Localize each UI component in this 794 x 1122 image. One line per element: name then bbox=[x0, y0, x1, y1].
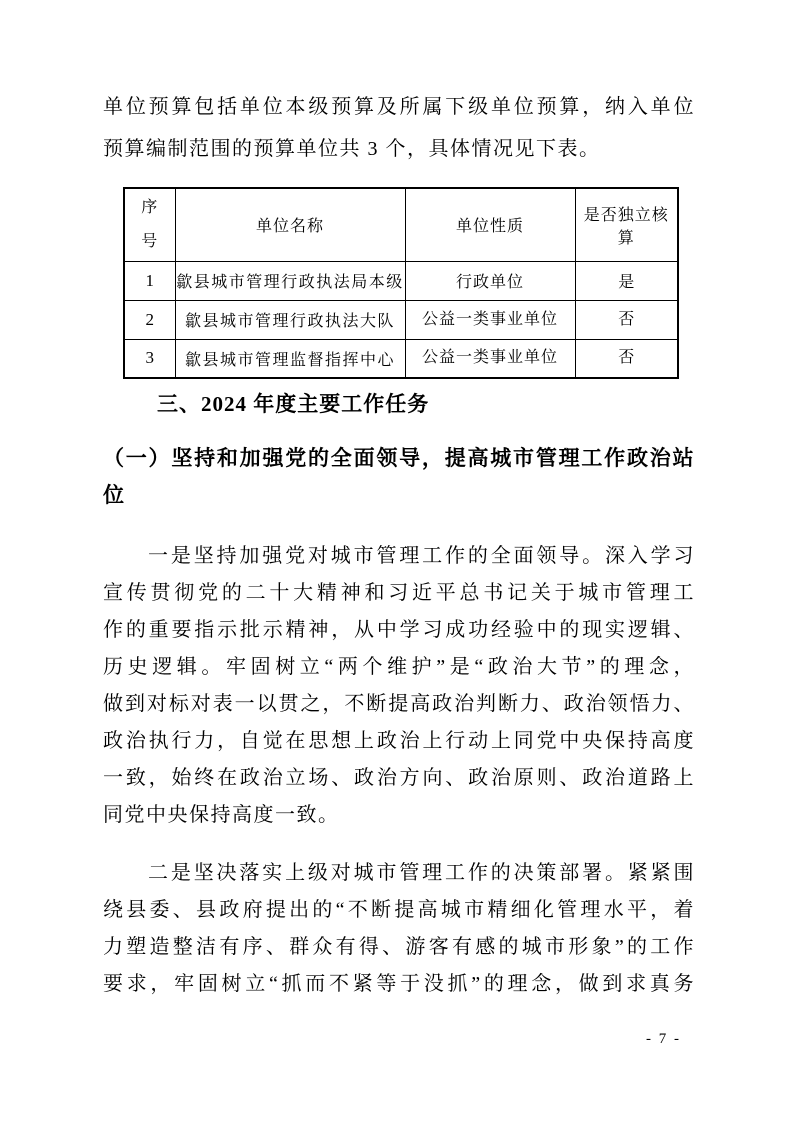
table-cell: 否 bbox=[575, 300, 678, 339]
text-line: 政治执行力，自觉在思想上政治上行动上同党中央保持高度 bbox=[103, 723, 695, 760]
table-cell: 2 bbox=[124, 300, 175, 339]
table-cell: 是 bbox=[575, 261, 678, 300]
text-line: 位 bbox=[103, 477, 695, 514]
text-line: 单位预算包括单位本级预算及所属下级单位预算，纳入单位 bbox=[103, 86, 695, 128]
table-row: 2歙县城市管理行政执法大队公益一类事业单位否 bbox=[124, 300, 678, 339]
body-paragraph-1: 一是坚持加强党对城市管理工作的全面领导。深入学习宣传贯彻党的二十大精神和习近平总… bbox=[103, 538, 695, 834]
column-header: 单位名称 bbox=[175, 188, 405, 261]
text-line: 同党中央保持高度一致。 bbox=[103, 797, 695, 834]
table-cell: 歙县城市管理行政执法大队 bbox=[175, 300, 405, 339]
text-line: 做到对标对表一以贯之，不断提高政治判断力、政治领悟力、 bbox=[103, 686, 695, 723]
text-line: 作的重要指示批示精神，从中学习成功经验中的现实逻辑、 bbox=[103, 612, 695, 649]
text-line: 绕县委、县政府提出的“不断提高城市精细化管理水平，着 bbox=[103, 892, 695, 929]
text-line: 二是坚决落实上级对城市管理工作的决策部署。紧紧围 bbox=[103, 855, 695, 892]
text-line: 预算编制范围的预算单位共 3 个，具体情况见下表。 bbox=[103, 128, 695, 170]
section-heading: 三、2024 年度主要工作任务 bbox=[103, 387, 695, 421]
text-line: （一）坚持和加强党的全面领导，提高城市管理工作政治站 bbox=[103, 440, 695, 477]
document-page: 单位预算包括单位本级预算及所属下级单位预算，纳入单位预算编制范围的预算单位共 3… bbox=[0, 0, 794, 1122]
text-line: 历史逻辑。牢固树立“两个维护”是“政治大节”的理念， bbox=[103, 649, 695, 686]
text-line: 一致，始终在政治立场、政治方向、政治原则、政治道路上 bbox=[103, 760, 695, 797]
table-header-row: 序号单位名称单位性质是否独立核算 bbox=[124, 188, 678, 261]
table-row: 3歙县城市管理监督指挥中心公益一类事业单位否 bbox=[124, 339, 678, 378]
body-paragraph-2: 二是坚决落实上级对城市管理工作的决策部署。紧紧围绕县委、县政府提出的“不断提高城… bbox=[103, 855, 695, 1003]
table-cell: 行政单位 bbox=[405, 261, 575, 300]
subsection-heading: （一）坚持和加强党的全面领导，提高城市管理工作政治站位 bbox=[103, 440, 695, 514]
text-line: 力塑造整洁有序、群众有得、游客有感的城市形象”的工作 bbox=[103, 929, 695, 966]
table-cell: 歙县城市管理监督指挥中心 bbox=[175, 339, 405, 378]
table-cell: 3 bbox=[124, 339, 175, 378]
table-cell: 公益一类事业单位 bbox=[405, 300, 575, 339]
column-header: 单位性质 bbox=[405, 188, 575, 261]
text-line: 要求，牢固树立“抓而不紧等于没抓”的理念，做到求真务 bbox=[103, 966, 695, 1003]
table-cell: 歙县城市管理行政执法局本级 bbox=[175, 261, 405, 300]
table-cell: 1 bbox=[124, 261, 175, 300]
column-header: 是否独立核算 bbox=[575, 188, 678, 261]
table-row: 1歙县城市管理行政执法局本级行政单位是 bbox=[124, 261, 678, 300]
column-header: 序号 bbox=[124, 188, 175, 261]
table-cell: 否 bbox=[575, 339, 678, 378]
page-content: 单位预算包括单位本级预算及所属下级单位预算，纳入单位预算编制范围的预算单位共 3… bbox=[0, 0, 794, 1003]
page-number: - 7 - bbox=[646, 1031, 681, 1048]
intro-paragraph: 单位预算包括单位本级预算及所属下级单位预算，纳入单位预算编制范围的预算单位共 3… bbox=[103, 86, 695, 170]
table-body: 1歙县城市管理行政执法局本级行政单位是2歙县城市管理行政执法大队公益一类事业单位… bbox=[124, 261, 678, 378]
text-line: 宣传贯彻党的二十大精神和习近平总书记关于城市管理工 bbox=[103, 575, 695, 612]
table-cell: 公益一类事业单位 bbox=[405, 339, 575, 378]
budget-units-table: 序号单位名称单位性质是否独立核算 1歙县城市管理行政执法局本级行政单位是2歙县城… bbox=[123, 187, 679, 379]
text-line: 一是坚持加强党对城市管理工作的全面领导。深入学习 bbox=[103, 538, 695, 575]
